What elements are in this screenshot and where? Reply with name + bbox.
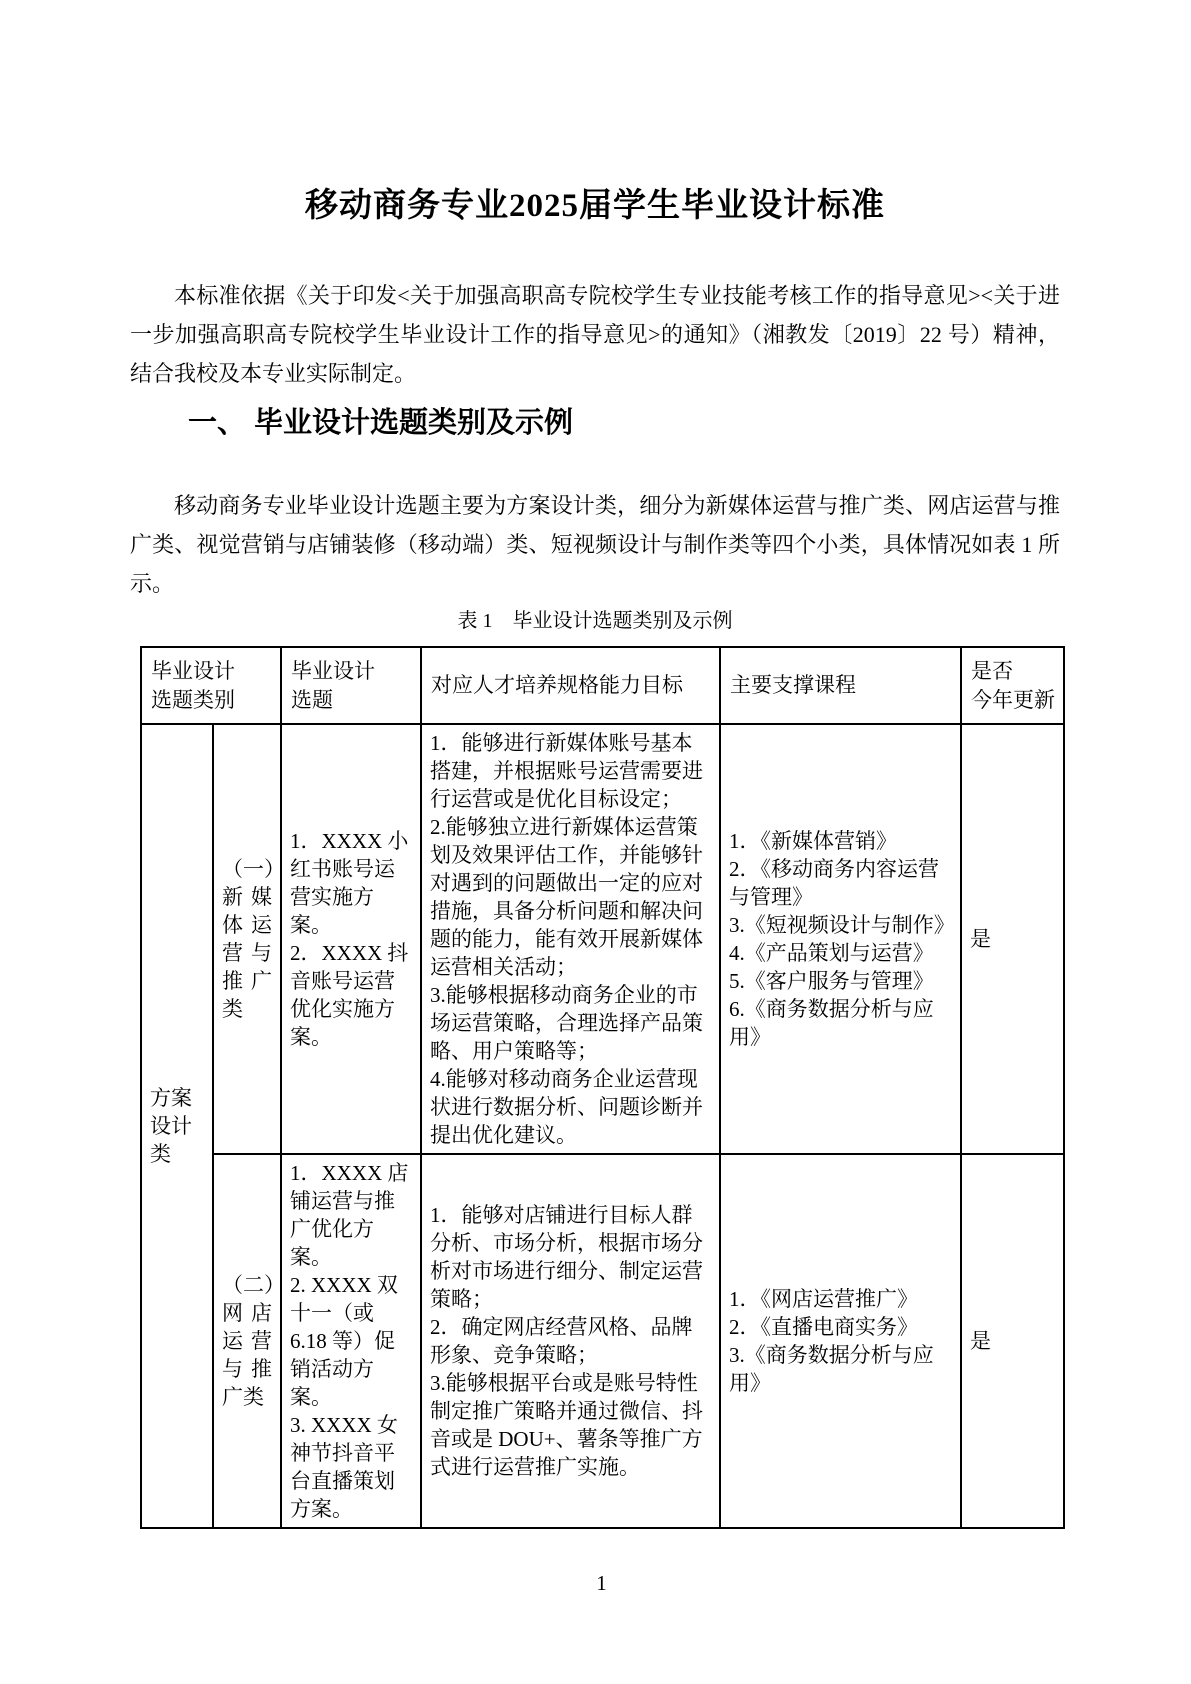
list-item: 3.《短视频设计与制作》 [729, 911, 952, 939]
subcategory-marker: （一） [222, 855, 272, 883]
list-item: 4.《产品策划与运营》 [729, 939, 952, 967]
table-row-online-store: （二） 网店运营与推广类 1．XXXX 店铺运营与推广优化方案。2. XXXX … [141, 1154, 1064, 1528]
col-header-courses: 主要支撑课程 [720, 647, 961, 724]
page-title: 移动商务专业2025届学生毕业设计标准 [130, 188, 1060, 224]
list-item: 2．《移动商务内容运营与管理》 [729, 855, 952, 911]
topics-cell: 1．XXXX 小红书账号运营实施方案。2．XXXX 抖音账号运营优化实施方案。 [281, 724, 421, 1154]
updated-cell: 是 [961, 1154, 1064, 1528]
topics-table: 毕业设计 选题类别 毕业设计 选题 对应人才培养规格能力目标 主要支撑课程 是否… [140, 646, 1065, 1529]
table-header-row: 毕业设计 选题类别 毕业设计 选题 对应人才培养规格能力目标 主要支撑课程 是否… [141, 647, 1064, 724]
col-header-topic: 毕业设计 选题 [281, 647, 421, 724]
list-item: 1．能够对店铺进行目标人群分析、市场分析，根据市场分析对市场进行细分、制定运营策… [430, 1201, 711, 1313]
table-row-new-media: 方案设计类 （一） 新媒体运营与推广类 1．XXXX 小红书账号运营实施方案。2… [141, 724, 1064, 1154]
table-caption: 表 1 毕业设计选题类别及示例 [130, 608, 1060, 634]
list-item: 3.能够根据移动商务企业的市场运营策略，合理选择产品策略、用户策略等； [430, 981, 711, 1065]
list-item: 1．XXXX 小红书账号运营实施方案。 [290, 827, 412, 939]
list-item: 3. XXXX 女神节抖音平台直播策划方案。 [290, 1411, 412, 1523]
list-item: 2．《直播电商实务》 [729, 1313, 952, 1341]
subcategory-cell: （二） 网店运营与推广类 [213, 1154, 281, 1528]
courses-cell: 1．《网店运营推广》2．《直播电商实务》3.《商务数据分析与应用》 [720, 1154, 961, 1528]
category-cell: 方案设计类 [141, 724, 213, 1528]
subcategory-cell: （一） 新媒体运营与推广类 [213, 724, 281, 1154]
intro-paragraph: 本标准依据《关于印发<关于加强高职高专院校学生专业技能考核工作的指导意见><关于… [130, 276, 1060, 393]
updated-cell: 是 [961, 724, 1064, 1154]
subcategory-name: 新媒体运营与推广类 [222, 883, 272, 1023]
list-item: 2．确定网店经营风格、品牌形象、竞争策略； [430, 1313, 711, 1369]
list-item: 3.能够根据平台或是账号特性制定推广策略并通过微信、抖音或是 DOU+、薯条等推… [430, 1369, 711, 1481]
list-item: 2.能够独立进行新媒体运营策划及效果评估工作，并能够针对遇到的问题做出一定的应对… [430, 813, 711, 981]
list-item: 2．XXXX 抖音账号运营优化实施方案。 [290, 939, 412, 1051]
abilities-cell: 1．能够对店铺进行目标人群分析、市场分析，根据市场分析对市场进行细分、制定运营策… [421, 1154, 720, 1528]
subcategory-marker: （二） [222, 1271, 272, 1299]
list-item: 1．能够进行新媒体账号基本搭建，并根据账号运营需要进行运营或是优化目标设定； [430, 729, 711, 813]
list-item: 6.《商务数据分析与应用》 [729, 995, 952, 1051]
list-item: 1．《网店运营推广》 [729, 1285, 952, 1313]
courses-cell: 1．《新媒体营销》2．《移动商务内容运营与管理》3.《短视频设计与制作》4.《产… [720, 724, 961, 1154]
section-heading: 一、 毕业设计选题类别及示例 [188, 403, 1060, 443]
page-number: 1 [140, 1571, 1063, 1595]
section-paragraph: 移动商务专业毕业设计选题主要为方案设计类，细分为新媒体运营与推广类、网店运营与推… [130, 486, 1060, 603]
list-item: 3.《商务数据分析与应用》 [729, 1341, 952, 1397]
abilities-cell: 1．能够进行新媒体账号基本搭建，并根据账号运营需要进行运营或是优化目标设定；2.… [421, 724, 720, 1154]
col-header-abilities: 对应人才培养规格能力目标 [421, 647, 720, 724]
subcategory-name: 网店运营与推广类 [222, 1299, 272, 1411]
col-header-updated: 是否 今年更新 [961, 647, 1064, 724]
topics-cell: 1．XXXX 店铺运营与推广优化方案。2. XXXX 双十一（或 6.18 等）… [281, 1154, 421, 1528]
col-header-category: 毕业设计 选题类别 [141, 647, 281, 724]
list-item: 2. XXXX 双十一（或 6.18 等）促销活动方案。 [290, 1271, 412, 1411]
list-item: 1．《新媒体营销》 [729, 827, 952, 855]
list-item: 4.能够对移动商务企业运营现状进行数据分析、问题诊断并提出优化建议。 [430, 1065, 711, 1149]
list-item: 5.《客户服务与管理》 [729, 967, 952, 995]
list-item: 1．XXXX 店铺运营与推广优化方案。 [290, 1159, 412, 1271]
document-page: 移动商务专业2025届学生毕业设计标准 本标准依据《关于印发<关于加强高职高专院… [0, 0, 1191, 1684]
